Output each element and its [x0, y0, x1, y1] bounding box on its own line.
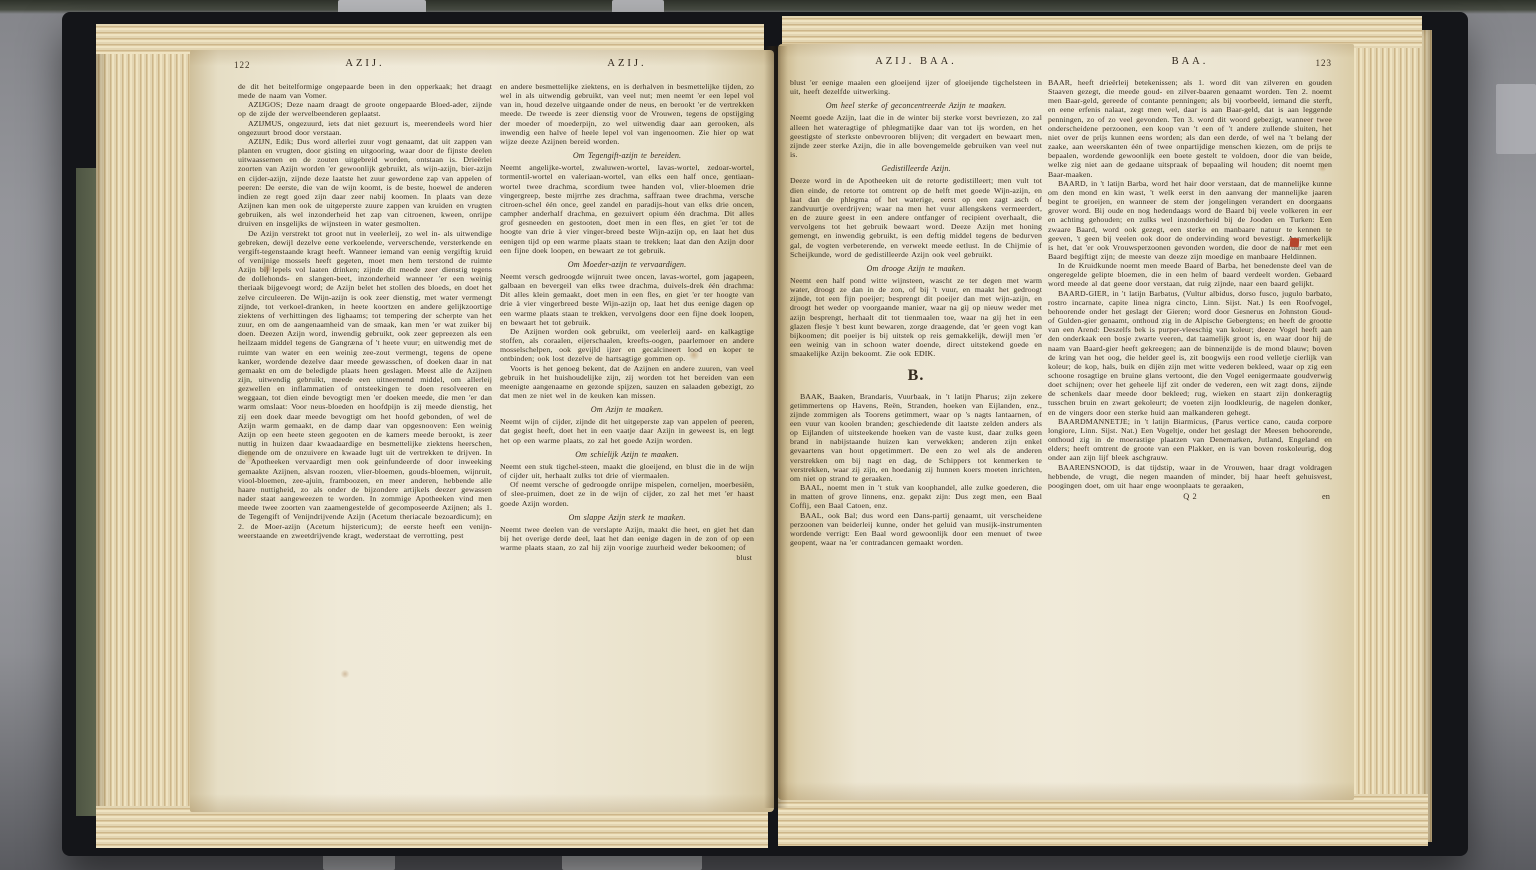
- recipe-heading: Om heel sterke of geconcentreerde Azijn …: [790, 96, 1042, 113]
- text-column: de dit het beitelformige ongepaarde been…: [238, 82, 492, 776]
- page-bottom-edge-left: [96, 806, 768, 848]
- paragraph: Deeze word in de Apotheeken uit de retor…: [790, 176, 1042, 258]
- paragraph: Neemt goede Azijn, laat die in de winter…: [790, 113, 1042, 159]
- paragraph: In de Kruidkunde noemt men meede Baard o…: [1048, 261, 1332, 288]
- paragraph: de dit het beitelformige ongepaarde been…: [238, 82, 492, 100]
- paragraph: en andere besmettelijke ziektens, en is …: [500, 82, 754, 146]
- paragraph: BAAL, noemt men in 't stuk van koophande…: [790, 483, 1042, 510]
- catchword: en: [1322, 492, 1330, 501]
- text-column: BAAR, heeft drieërleij betekenissen; als…: [1048, 78, 1332, 780]
- paragraph: Neemt versch gedroogde wijnruit twee onc…: [500, 272, 754, 327]
- page-number-right: 123: [1278, 58, 1332, 68]
- left-page: 122 AZIJ. AZIJ. de dit het beitelformige…: [190, 50, 774, 812]
- quire-signature: Q 2: [1048, 492, 1332, 501]
- page-fore-edge-right: [1350, 30, 1432, 842]
- paragraph: BAAK, Baaken, Brandaris, Vuurbaak, in 't…: [790, 392, 1042, 484]
- paragraph: Neemt wijn of cijder, zijnde dit het uit…: [500, 417, 754, 444]
- text-column: en andere besmettelijke ziektens, en is …: [500, 82, 754, 776]
- paragraph: BAARD, in 't latijn Barba, word het hair…: [1048, 179, 1332, 261]
- running-head: AZIJ.: [238, 58, 492, 69]
- paragraph: AZIJN, Edik; Dus word allerlei zuur vogt…: [238, 137, 492, 229]
- recipe-heading: Om Azijn te maaken.: [500, 400, 754, 417]
- paragraph: Voorts is het genoeg bekent, dat de Azij…: [500, 364, 754, 401]
- recipe-heading: Om Moeder-azijn te vervaardigen.: [500, 255, 754, 272]
- recipe-heading: Om schielijk Azijn te maaken.: [500, 445, 754, 462]
- catchword: blust: [500, 552, 754, 562]
- paragraph: BAAR, heeft drieërleij betekenissen; als…: [1048, 78, 1332, 179]
- paragraph: Neemt een half pond witte wijnsteen, was…: [790, 276, 1042, 358]
- support-tab: [1496, 84, 1536, 154]
- paragraph: BAARD-GIER, in 't latijn Barbatus, (Vult…: [1048, 289, 1332, 417]
- book-gutter-shadow: [764, 46, 788, 808]
- running-head: AZIJ. BAA.: [790, 56, 1042, 67]
- recipe-heading: Om drooge Azijn te maaken.: [790, 259, 1042, 276]
- paragraph: Of neemt versche of gedroogde onrijpe mi…: [500, 480, 754, 507]
- paragraph: BAARDMANNETJE; in 't latijn Biarmicus, (…: [1048, 417, 1332, 463]
- book-photo-scene: 122 AZIJ. AZIJ. de dit het beitelformige…: [0, 0, 1536, 870]
- paragraph: Neemt angelijke-wortel, zwaluwen-wortel,…: [500, 163, 754, 255]
- running-head: AZIJ.: [500, 58, 754, 69]
- paragraph: De Azijn verstrekt tot groot nut in veel…: [238, 229, 492, 540]
- recipe-heading: Gedistilleerde Azijn.: [790, 159, 1042, 176]
- signature-line: Q 2 en: [1048, 490, 1332, 502]
- paragraph: Neemt twee deelen van de verslapte Azijn…: [500, 525, 754, 552]
- right-page: AZIJ. BAA. BAA. 123 blust 'er eenige maa…: [778, 44, 1354, 800]
- paragraph: blust 'er eenige maalen een gloeijend ij…: [790, 78, 1042, 96]
- recipe-heading: Om Tegengift-azijn te bereiden.: [500, 146, 754, 163]
- paragraph: BAAL, ook Bal; dus word een Dans-partij …: [790, 511, 1042, 548]
- page-bottom-edge-right: [778, 794, 1428, 846]
- paragraph: AZIJGOS; Deze naam draagt de groote onge…: [238, 100, 492, 118]
- section-letter: B.: [790, 358, 1042, 391]
- recipe-heading: Om slappe Azijn sterk te maaken.: [500, 508, 754, 525]
- page-fore-edge-left: [96, 40, 192, 830]
- paragraph: Neemt een stuk tigchel-steen, maakt die …: [500, 462, 754, 480]
- red-paper-marker: [1290, 238, 1300, 248]
- text-column: blust 'er eenige maalen een gloeijend ij…: [790, 78, 1042, 770]
- paragraph: AZIJMUS, ongezuurd, iets dat niet gezuur…: [238, 119, 492, 137]
- paragraph: De Azijnen worden ook gebruikt, om veele…: [500, 327, 754, 364]
- paragraph: BAARENSNOOD, is dat tijdstip, waar in de…: [1048, 463, 1332, 490]
